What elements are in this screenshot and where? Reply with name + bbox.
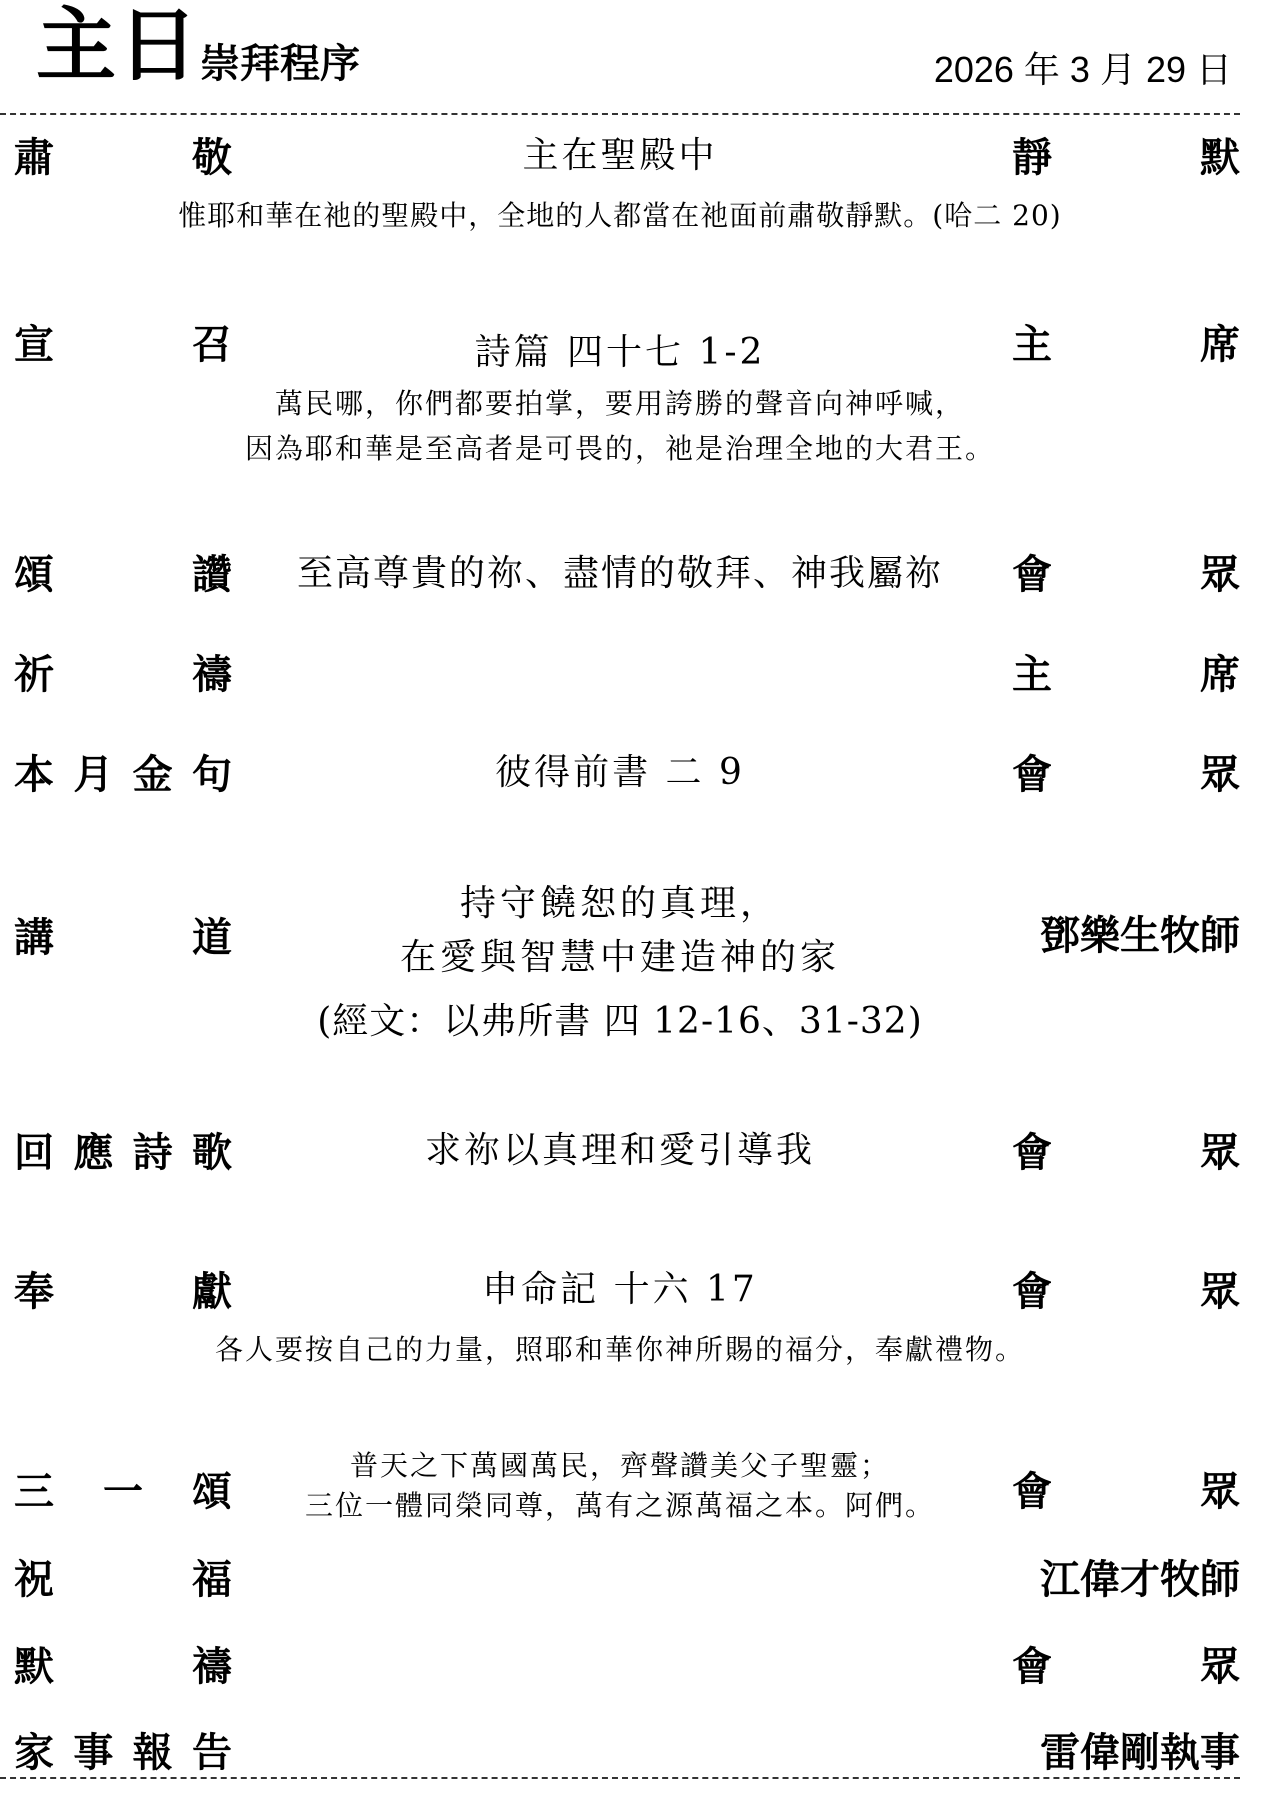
role-char: 眾 [1200, 755, 1240, 795]
item-label-call-to-worship: 宣 召 [14, 325, 232, 365]
item-content-response-hymn: 求祢以真理和愛引導我 [230, 1133, 1010, 1169]
item-role-prayer: 主 席 [1012, 655, 1240, 695]
top-divider [0, 113, 1240, 115]
sermon-scripture: (經文：以弗所書 四 12-16、31-32) [230, 1004, 1010, 1040]
item-label-benediction: 祝 福 [14, 1560, 232, 1600]
item-role-benediction: 江偉才牧師 [1012, 1560, 1240, 1600]
item-role-silent-prayer: 會 眾 [1012, 1647, 1240, 1687]
role-char: 席 [1200, 325, 1240, 365]
label-char: 三 [14, 1472, 54, 1512]
role-char: 主 [1012, 655, 1052, 695]
role-char: 會 [1012, 1133, 1052, 1173]
label-char: 祈 [14, 655, 54, 695]
role-char: 會 [1012, 555, 1052, 595]
label-char: 默 [14, 1647, 54, 1687]
doxology-line-2: 三位一體同榮同尊，萬有之源萬福之本。阿們。 [230, 1492, 1010, 1520]
role-char: 席 [1200, 655, 1240, 695]
benediction-pastor-name: 江偉才牧師 [1040, 1560, 1240, 1600]
label-char: 句 [192, 755, 232, 795]
label-char: 獻 [192, 1272, 232, 1312]
label-char: 月 [73, 755, 113, 795]
page-subtitle: 崇拜程序 [200, 44, 360, 84]
label-char: 奉 [14, 1272, 54, 1312]
verse-call-to-worship-line-1: 萬民哪，你們都要拍掌，要用誇勝的聲音向神呼喊， [140, 390, 1100, 418]
item-role-reverence: 靜 默 [1012, 138, 1240, 178]
label-char: 禱 [192, 1647, 232, 1687]
label-char: 禱 [192, 655, 232, 695]
label-char: 家 [14, 1733, 54, 1773]
label-char: 講 [14, 918, 54, 958]
label-char: 報 [133, 1733, 173, 1773]
item-content-memory-verse: 彼得前書 二 9 [230, 755, 1010, 791]
label-char: 道 [192, 918, 232, 958]
role-char: 靜 [1012, 138, 1052, 178]
label-char: 宣 [14, 325, 54, 365]
item-role-sermon: 鄧樂生牧師 [1012, 916, 1240, 956]
label-char: 頌 [14, 555, 54, 595]
item-role-offering: 會 眾 [1012, 1272, 1240, 1312]
role-char: 眾 [1200, 1472, 1240, 1512]
verse-call-to-worship-line-2: 因為耶和華是至高者是可畏的，祂是治理全地的大君王。 [140, 435, 1100, 463]
role-char: 眾 [1200, 1272, 1240, 1312]
label-char: 讚 [192, 555, 232, 595]
item-role-memory-verse: 會 眾 [1012, 755, 1240, 795]
label-char: 祝 [14, 1560, 54, 1600]
label-char: 本 [14, 755, 54, 795]
verse-reverence: 惟耶和華在祂的聖殿中，全地的人都當在祂面前肅敬靜默。(哈二 20) [140, 202, 1100, 230]
item-label-doxology: 三 一 頌 [14, 1472, 232, 1512]
item-role-announcements: 雷偉剛執事 [1012, 1733, 1240, 1773]
sermon-title-line-2: 在愛與智慧中建造神的家 [230, 940, 1010, 976]
item-label-response-hymn: 回 應 詩 歌 [14, 1133, 232, 1173]
item-label-prayer: 祈 禱 [14, 655, 232, 695]
item-content-call-to-worship: 詩篇 四十七 1-2 [230, 335, 1010, 371]
item-content-reverence: 主在聖殿中 [230, 138, 1010, 174]
role-char: 會 [1012, 1272, 1052, 1312]
item-label-announcements: 家 事 報 告 [14, 1733, 232, 1773]
preacher-name: 鄧樂生牧師 [1040, 916, 1240, 956]
item-label-offering: 奉 獻 [14, 1272, 232, 1312]
role-char: 默 [1200, 138, 1240, 178]
item-label-silent-prayer: 默 禱 [14, 1647, 232, 1687]
doxology-line-1: 普天之下萬國萬民，齊聲讚美父子聖靈； [230, 1452, 1010, 1480]
item-label-reverence: 肅 敬 [14, 138, 232, 178]
role-char: 會 [1012, 755, 1052, 795]
label-char: 詩 [133, 1133, 173, 1173]
item-role-praise: 會 眾 [1012, 555, 1240, 595]
label-char: 告 [192, 1733, 232, 1773]
role-char: 會 [1012, 1647, 1052, 1687]
announcer-name: 雷偉剛執事 [1040, 1733, 1240, 1773]
label-char: 應 [73, 1133, 113, 1173]
page-title: 主日 [36, 6, 200, 86]
bottom-divider [0, 1777, 1240, 1779]
item-role-call-to-worship: 主 席 [1012, 325, 1240, 365]
verse-offering: 各人要按自己的力量，照耶和華你神所賜的福分，奉獻禮物。 [140, 1336, 1100, 1364]
item-role-response-hymn: 會 眾 [1012, 1133, 1240, 1173]
role-char: 眾 [1200, 1133, 1240, 1173]
item-content-praise: 至高尊貴的祢、盡情的敬拜、神我屬祢 [230, 556, 1010, 592]
label-char: 敬 [192, 138, 232, 178]
item-content-offering: 申命記 十六 17 [230, 1272, 1010, 1308]
service-date: 2026 年 3 月 29 日 [934, 52, 1232, 88]
label-char: 事 [73, 1733, 113, 1773]
role-char: 眾 [1200, 1647, 1240, 1687]
label-char: 歌 [192, 1133, 232, 1173]
label-char: 金 [133, 755, 173, 795]
item-label-memory-verse: 本 月 金 句 [14, 755, 232, 795]
sermon-title-line-1: 持守饒恕的真理， [230, 886, 1010, 922]
label-char: 肅 [14, 138, 54, 178]
role-char: 主 [1012, 325, 1052, 365]
item-label-praise: 頌 讚 [14, 555, 232, 595]
label-char: 回 [14, 1133, 54, 1173]
label-char: 召 [192, 325, 232, 365]
item-role-doxology: 會 眾 [1012, 1472, 1240, 1512]
label-char: 一 [103, 1472, 143, 1512]
item-label-sermon: 講 道 [14, 918, 232, 958]
label-char: 福 [192, 1560, 232, 1600]
role-char: 會 [1012, 1472, 1052, 1512]
role-char: 眾 [1200, 555, 1240, 595]
label-char: 頌 [192, 1472, 232, 1512]
